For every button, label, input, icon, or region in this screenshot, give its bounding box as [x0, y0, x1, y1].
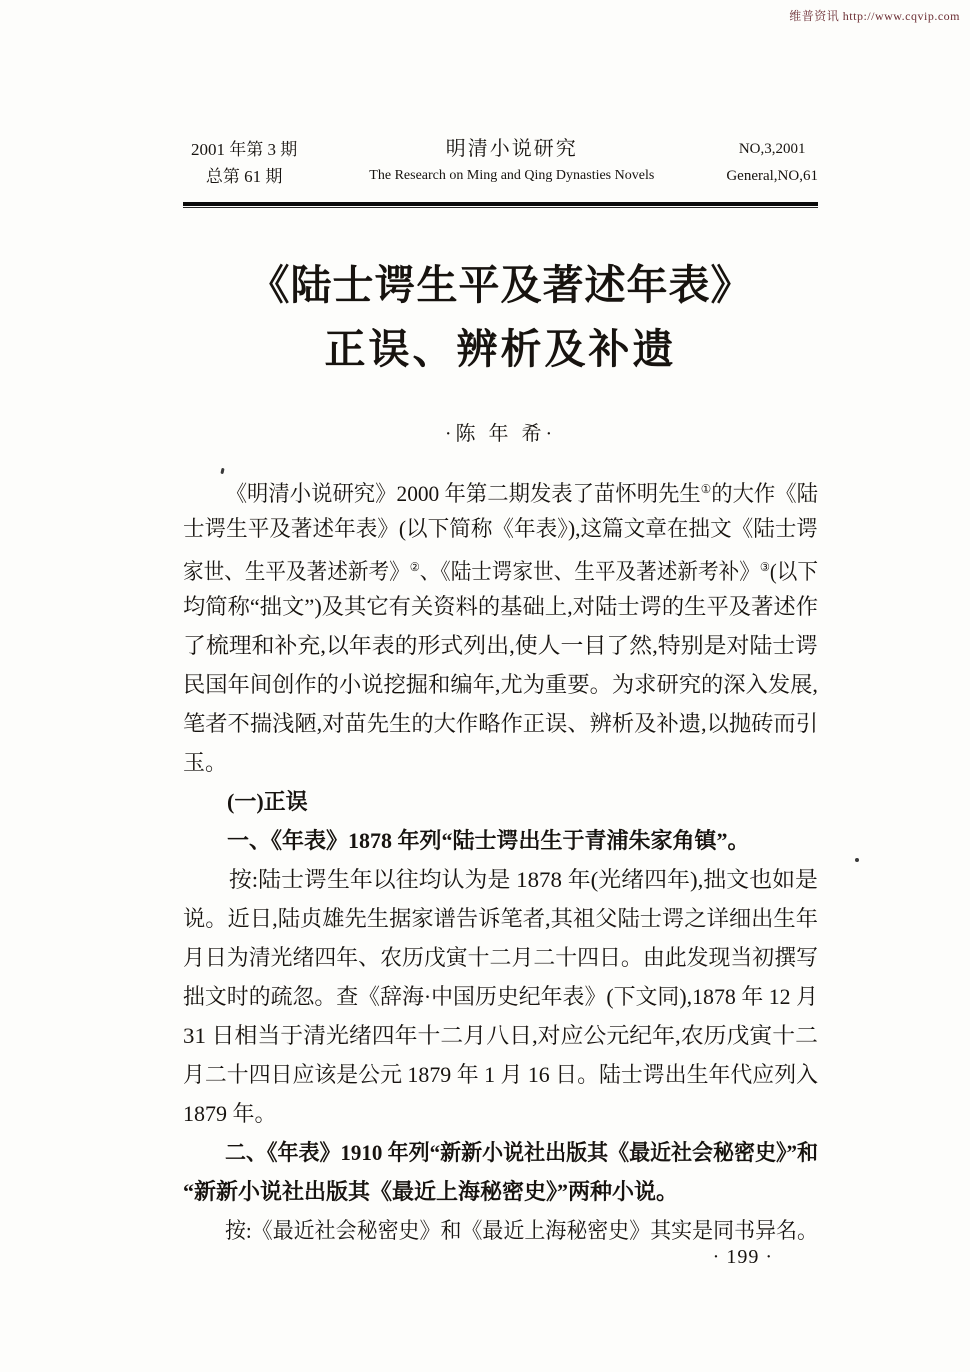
issue-line1: 2001 年第 3 期	[191, 136, 297, 163]
journal-name-cn: 明清小说研究	[369, 136, 654, 162]
scanned-page: 维普资讯 http://www.cqvip.com 2001 年第 3 期 总第…	[0, 0, 970, 1372]
body-line: 二、《年表》1910 年列“新新小说社出版其《最近社会秘密史》”和	[183, 1133, 818, 1172]
body-line: 1879 年。	[183, 1094, 818, 1133]
body-line: 了梳理和补充,以年表的形式列出,使人一目了然,特别是对陆士谔	[183, 626, 818, 665]
body-line: 31 日相当于清光绪四年十二月八日,对应公元纪年,农历戊寅十二	[183, 1016, 818, 1055]
body-line: 笔者不揣浅陋,对苗先生的大作略作正误、辨析及补遗,以抛砖而引	[183, 704, 818, 743]
body-line: 月二十四日应该是公元 1879 年 1 月 16 日。陆士谔出生年代应列入	[183, 1055, 818, 1094]
body-line: (一)正误	[183, 782, 818, 821]
journal-header: 2001 年第 3 期 总第 61 期 明清小说研究 The Research …	[183, 136, 818, 190]
watermark-text: 维普资讯 http://www.cqvip.com	[789, 7, 960, 24]
footnote-marker: ③	[760, 560, 770, 574]
author-name: ·陈 年 希·	[183, 417, 818, 446]
body-line: 一、《年表》1878 年列“陆士谔出生于青浦朱家角镇”。	[183, 821, 818, 860]
body-line: 按:陆士谔生年以往均认为是 1878 年(光绪四年),拙文也如是	[183, 860, 818, 899]
journal-name-en: The Research on Ming and Qing Dynasties …	[369, 162, 654, 190]
footnote-marker: ①	[701, 482, 711, 496]
article-title: 《陆士谔生平及著述年表》 正误、辨析及补遗	[183, 260, 818, 374]
footnote-marker: ②	[410, 560, 420, 574]
issue-info: 2001 年第 3 期 总第 61 期	[183, 136, 297, 190]
body-line: 《明清小说研究》2000 年第二期发表了苗怀明先生①的大作《陆	[183, 470, 818, 509]
body-line: 拙文时的疏忽。查《辞海·中国历史纪年表》(下文同),1878 年 12 月	[183, 977, 818, 1016]
header-rule	[183, 202, 818, 210]
issue-no-line2: General,NO,61	[726, 163, 818, 190]
issue-number-en: NO,3,2001 General,NO,61	[726, 136, 818, 190]
journal-name: 明清小说研究 The Research on Ming and Qing Dyn…	[369, 136, 654, 190]
body-line: 家世、生平及著述新考》②、《陆士谔家世、生平及著述新考补》③(以下	[183, 548, 818, 587]
page-number: · 199 ·	[183, 1246, 818, 1269]
body-line: 民国年间创作的小说挖掘和编年,尤为重要。为求研究的深入发展,	[183, 665, 818, 704]
body-line: 说。近日,陆贞雄先生据家谱告诉笔者,其祖父陆士谔之详细出生年	[183, 899, 818, 938]
article-title-line1: 《陆士谔生平及著述年表》	[183, 260, 818, 310]
body-line: 月日为清光绪四年、农历戊寅十二月二十四日。由此发现当初撰写	[183, 938, 818, 977]
article-body: 《明清小说研究》2000 年第二期发表了苗怀明先生①的大作《陆士谔生平及著述年表…	[183, 470, 818, 1250]
article-title-line2: 正误、辨析及补遗	[183, 324, 818, 374]
body-line: 玉。	[183, 743, 818, 782]
scan-artifact	[855, 858, 859, 862]
issue-no-line1: NO,3,2001	[726, 136, 818, 163]
body-line: 士谔生平及著述年表》(以下简称《年表》),这篇文章在拙文《陆士谔	[183, 509, 818, 548]
body-line: 均简称“拙文”)及其它有关资料的基础上,对陆士谔的生平及著述作	[183, 587, 818, 626]
issue-line2: 总第 61 期	[191, 163, 297, 190]
body-line: “新新小说社出版其《最近上海秘密史》”两种小说。	[183, 1172, 818, 1211]
body-line: 按:《最近社会秘密史》和《最近上海秘密史》其实是同书异名。	[183, 1211, 818, 1250]
